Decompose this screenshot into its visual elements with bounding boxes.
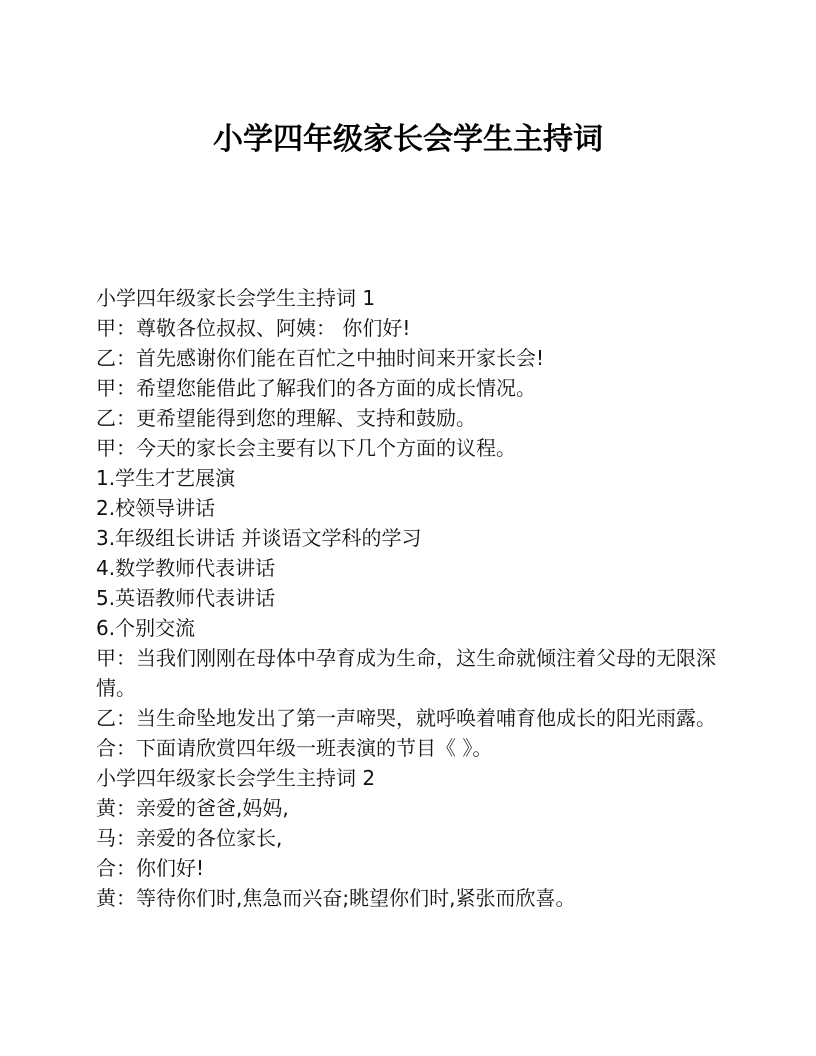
dialogue-line: 乙：首先感谢你们能在百忙之中抽时间来开家长会! — [96, 343, 720, 373]
dialogue-line: 黄：等待你们时,焦急而兴奋;眺望你们时,紧张而欣喜。 — [96, 883, 720, 913]
agenda-item: 5.英语教师代表讲话 — [96, 583, 720, 613]
agenda-item: 4.数学教师代表讲话 — [96, 553, 720, 583]
dialogue-line: 合：你们好! — [96, 853, 720, 883]
dialogue-line: 乙：当生命坠地发出了第一声啼哭，就呼唤着哺育他成长的阳光雨露。 — [96, 703, 720, 733]
dialogue-line: 马：亲爱的各位家长, — [96, 823, 720, 853]
dialogue-line: 乙：更希望能得到您的理解、支持和鼓励。 — [96, 403, 720, 433]
agenda-item: 3.年级组长讲话 并谈语文学科的学习 — [96, 523, 720, 553]
section-heading-2: 小学四年级家长会学生主持词 2 — [96, 763, 720, 793]
dialogue-line: 甲：当我们刚刚在母体中孕育成为生命，这生命就倾注着父母的无限深情。 — [96, 643, 720, 703]
dialogue-line: 合：下面请欣赏四年级一班表演的节目《 》。 — [96, 733, 720, 763]
section-heading-1: 小学四年级家长会学生主持词 1 — [96, 283, 720, 313]
dialogue-line: 黄：亲爱的爸爸,妈妈, — [96, 793, 720, 823]
dialogue-line: 甲：尊敬各位叔叔、阿姨： 你们好! — [96, 313, 720, 343]
agenda-item: 6.个别交流 — [96, 613, 720, 643]
agenda-item: 2.校领导讲话 — [96, 493, 720, 523]
document-body: 小学四年级家长会学生主持词 1 甲：尊敬各位叔叔、阿姨： 你们好! 乙：首先感谢… — [96, 283, 720, 913]
document-title: 小学四年级家长会学生主持词 — [0, 118, 816, 162]
dialogue-line: 甲：今天的家长会主要有以下几个方面的议程。 — [96, 433, 720, 463]
dialogue-line: 甲：希望您能借此了解我们的各方面的成长情况。 — [96, 373, 720, 403]
agenda-item: 1.学生才艺展演 — [96, 463, 720, 493]
